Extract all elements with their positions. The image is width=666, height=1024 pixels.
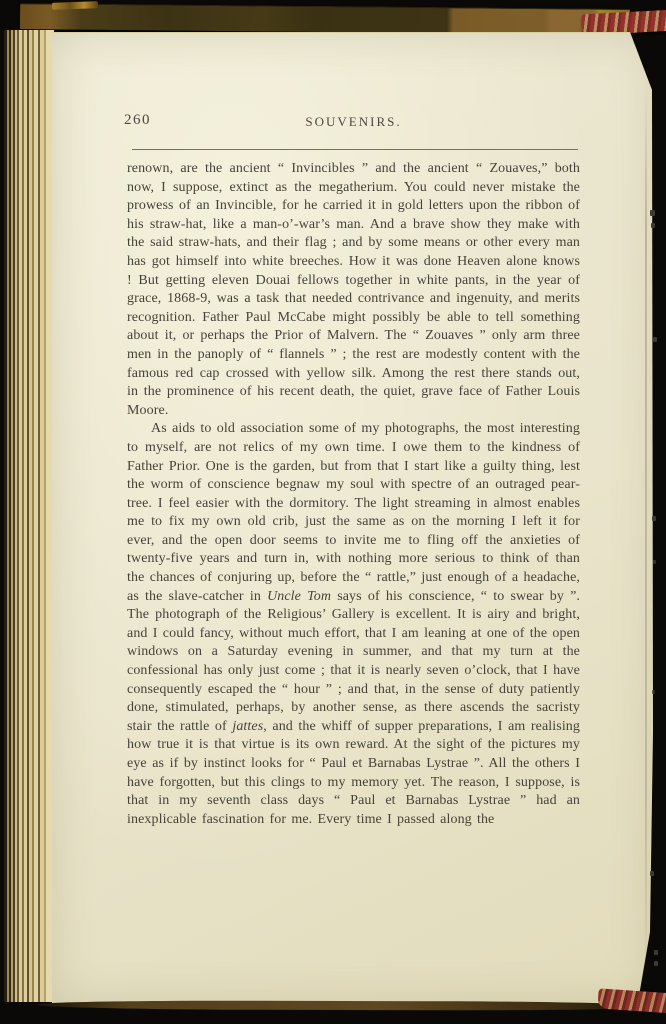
page-crease xyxy=(645,93,647,983)
paragraph: renown, are the ancient “ Invincibles ” … xyxy=(127,160,580,420)
running-header: SOUVENIRS. xyxy=(127,114,580,130)
body-text: renown, are the ancient “ Invincibles ” … xyxy=(127,160,580,829)
page-edge-speck xyxy=(653,560,656,564)
page-edge-speck xyxy=(654,961,658,966)
paragraph: As aids to old association some of my ph… xyxy=(127,420,580,829)
page-edge-speck xyxy=(654,950,658,955)
tailband-bottom xyxy=(597,988,666,1013)
page-edge-speck xyxy=(651,223,655,228)
page-edge-speck xyxy=(653,337,657,342)
page-edge-speck xyxy=(652,690,655,694)
book-photograph: 260 SOUVENIRS. renown, are the ancient “… xyxy=(0,0,666,1024)
page-edge-stack xyxy=(4,30,54,1002)
book-page: 260 SOUVENIRS. renown, are the ancient “… xyxy=(52,32,654,1005)
headband-top xyxy=(582,10,666,36)
page-edge-speck xyxy=(650,871,654,876)
book-cover-bottom-edge xyxy=(36,1000,658,1011)
header-rule xyxy=(132,149,578,150)
page-edge-speck xyxy=(650,210,655,216)
page-edge-speck xyxy=(652,516,656,521)
book-cover-top-edge xyxy=(20,3,630,35)
